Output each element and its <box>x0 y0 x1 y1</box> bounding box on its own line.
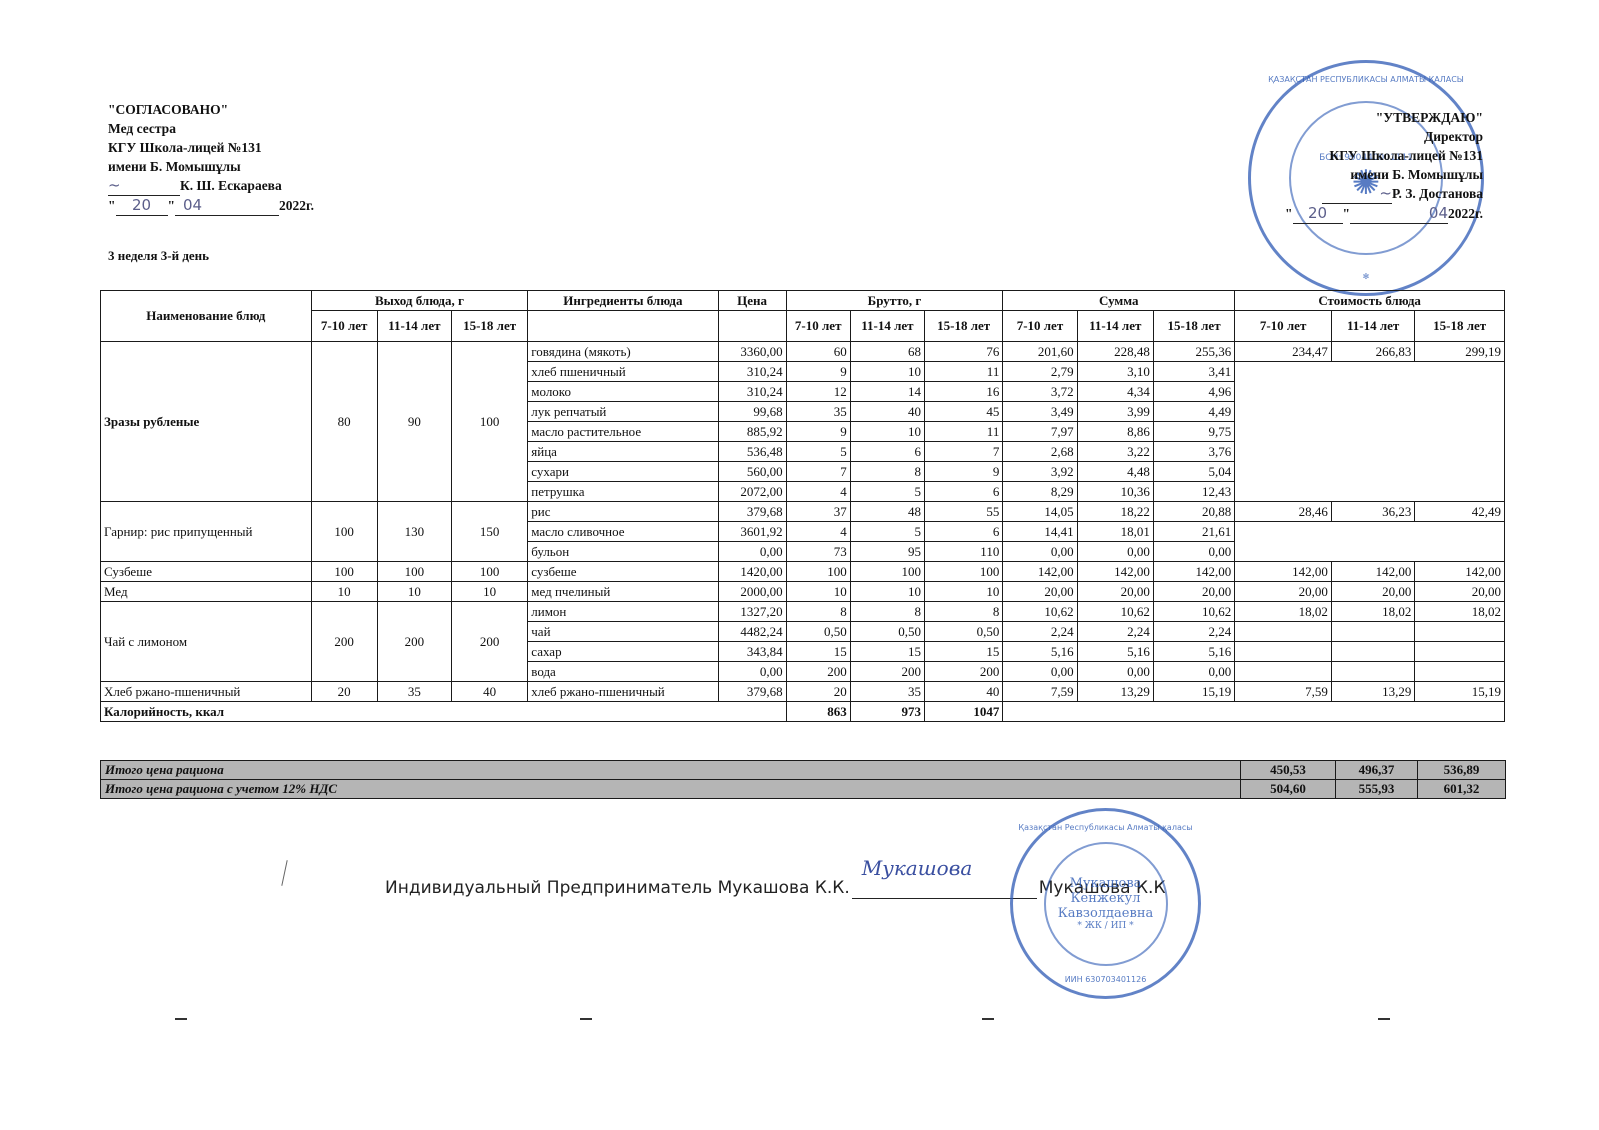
ingredient-price: 3360,00 <box>718 342 786 362</box>
age-header: 7-10 лет <box>1235 311 1332 342</box>
sum-value: 14,05 <box>1003 502 1077 522</box>
total-vat-label: Итого цена рациона с учетом 12% НДС <box>101 780 1241 799</box>
dish-cost-empty <box>1235 362 1505 502</box>
age-header: 15-18 лет <box>451 311 527 342</box>
sum-value: 15,19 <box>1153 682 1234 702</box>
brutto-value: 10 <box>924 582 1002 602</box>
dish-cost: 266,83 <box>1331 342 1414 362</box>
header-blank <box>528 311 718 342</box>
sum-value: 3,76 <box>1153 442 1234 462</box>
signature-field: Мукашова <box>852 878 1037 899</box>
brutto-value: 100 <box>850 562 924 582</box>
dish-cost: 18,02 <box>1235 602 1332 622</box>
brutto-value: 7 <box>924 442 1002 462</box>
stamp-ring-bottom: ✻ <box>1251 272 1481 281</box>
sum-value: 2,24 <box>1153 622 1234 642</box>
ingredient-name: сухари <box>528 462 718 482</box>
sum-value: 5,16 <box>1003 642 1077 662</box>
footer-prefix: Индивидуальный Предприниматель Мукашова … <box>385 878 850 898</box>
brutto-value: 5 <box>850 482 924 502</box>
dish-cost-empty <box>1235 642 1332 662</box>
dish-name: Зразы рубленые <box>101 342 312 502</box>
sum-value: 3,49 <box>1003 402 1077 422</box>
ingredient-price: 560,00 <box>718 462 786 482</box>
brutto-value: 8 <box>850 602 924 622</box>
ingredient-name: лук репчатый <box>528 402 718 422</box>
dish-cost-empty <box>1331 642 1414 662</box>
table-row: Чай с лимоном200200200лимон1327,2088810,… <box>101 602 1505 622</box>
ingredient-name: молоко <box>528 382 718 402</box>
approved-signer: Р. З. Достанова <box>1392 186 1483 201</box>
week-day-label: 3 неделя 3-й день <box>108 248 209 264</box>
ingredient-name: бульон <box>528 542 718 562</box>
sum-value: 0,00 <box>1077 662 1153 682</box>
brutto-value: 4 <box>786 522 850 542</box>
dish-name: Сузбеше <box>101 562 312 582</box>
sum-value: 0,00 <box>1077 542 1153 562</box>
yield-value: 100 <box>451 342 527 502</box>
sum-value: 7,97 <box>1003 422 1077 442</box>
pen-mark <box>281 860 287 886</box>
brutto-value: 8 <box>924 602 1002 622</box>
brutto-value: 8 <box>850 462 924 482</box>
brutto-value: 40 <box>850 402 924 422</box>
brutto-value: 0,50 <box>786 622 850 642</box>
sum-value: 14,41 <box>1003 522 1077 542</box>
ingredient-price: 99,68 <box>718 402 786 422</box>
sum-value: 12,43 <box>1153 482 1234 502</box>
dish-cost: 20,00 <box>1235 582 1332 602</box>
total-value: 536,89 <box>1418 761 1506 780</box>
ingredient-name: мед пчелиный <box>528 582 718 602</box>
sum-value: 3,10 <box>1077 362 1153 382</box>
brutto-value: 14 <box>850 382 924 402</box>
ingredient-price: 3601,92 <box>718 522 786 542</box>
sum-value: 2,79 <box>1003 362 1077 382</box>
stamp-ring-text: Қазақстан Республикасы Алматы қаласы <box>1013 823 1198 832</box>
header-row-1: Наименование блюд Выход блюда, г Ингреди… <box>101 291 1505 311</box>
brutto-value: 45 <box>924 402 1002 422</box>
approved-title: "УТВЕРЖДАЮ" <box>1285 108 1483 127</box>
handwritten-signature: Мукашова <box>862 856 973 880</box>
yield-value: 100 <box>311 502 377 562</box>
brutto-value: 100 <box>924 562 1002 582</box>
age-header: 15-18 лет <box>924 311 1002 342</box>
age-header: 11-14 лет <box>377 311 451 342</box>
agreed-title: "СОГЛАСОВАНО" <box>108 100 314 119</box>
sum-value: 5,16 <box>1077 642 1153 662</box>
scan-mark <box>175 1018 187 1020</box>
brutto-value: 35 <box>786 402 850 422</box>
header-dish: Наименование блюд <box>101 291 312 342</box>
brutto-value: 68 <box>850 342 924 362</box>
scan-mark <box>1378 1018 1390 1020</box>
brutto-value: 200 <box>850 662 924 682</box>
agreed-role: Мед сестра <box>108 119 314 138</box>
brutto-value: 60 <box>786 342 850 362</box>
sum-value: 2,24 <box>1003 622 1077 642</box>
brutto-value: 11 <box>924 362 1002 382</box>
brutto-value: 76 <box>924 342 1002 362</box>
ingredient-name: лимон <box>528 602 718 622</box>
total-vat-value: 601,32 <box>1418 780 1506 799</box>
sum-value: 18,01 <box>1077 522 1153 542</box>
ingredient-name: масло сливочное <box>528 522 718 542</box>
ingredient-price: 343,84 <box>718 642 786 662</box>
brutto-value: 110 <box>924 542 1002 562</box>
header-price: Цена <box>718 291 786 311</box>
brutto-value: 15 <box>850 642 924 662</box>
brutto-value: 4 <box>786 482 850 502</box>
approved-signature-line: ~Р. З. Достанова <box>1285 184 1483 204</box>
ingredient-name: сузбеше <box>528 562 718 582</box>
calories-row: Калорийность, ккал8639731047 <box>101 702 1505 722</box>
table-row: Сузбеше100100100сузбеше1420,001001001001… <box>101 562 1505 582</box>
sum-value: 8,86 <box>1077 422 1153 442</box>
date-month: 04 <box>175 196 279 216</box>
ingredient-name: хлеб пшеничный <box>528 362 718 382</box>
brutto-value: 200 <box>786 662 850 682</box>
ingredient-price: 0,00 <box>718 542 786 562</box>
sum-value: 142,00 <box>1003 562 1077 582</box>
date-year: 2022г. <box>279 198 314 213</box>
header-yield: Выход блюда, г <box>311 291 528 311</box>
sum-value: 5,04 <box>1153 462 1234 482</box>
header-cost: Стоимость блюда <box>1235 291 1505 311</box>
brutto-value: 11 <box>924 422 1002 442</box>
agreed-named: имени Б. Момышұлы <box>108 157 314 176</box>
brutto-value: 9 <box>786 362 850 382</box>
date-year: 2022г. <box>1448 206 1483 221</box>
sum-value: 20,00 <box>1077 582 1153 602</box>
sum-value: 10,36 <box>1077 482 1153 502</box>
sum-value: 5,16 <box>1153 642 1234 662</box>
yield-value: 100 <box>451 562 527 582</box>
brutto-value: 6 <box>850 442 924 462</box>
calories-empty <box>1003 702 1505 722</box>
table-row: Зразы рубленые8090100говядина (мякоть)33… <box>101 342 1505 362</box>
header-brutto: Брутто, г <box>786 291 1003 311</box>
dish-name: Гарнир: рис припущенный <box>101 502 312 562</box>
dish-cost: 42,49 <box>1415 502 1505 522</box>
dish-cost: 13,29 <box>1331 682 1414 702</box>
sum-value: 20,00 <box>1153 582 1234 602</box>
sum-value: 0,00 <box>1153 542 1234 562</box>
sum-value: 10,62 <box>1003 602 1077 622</box>
brutto-value: 5 <box>786 442 850 462</box>
sum-value: 3,22 <box>1077 442 1153 462</box>
handwritten-signature: ~ <box>1379 184 1392 202</box>
dish-cost-empty <box>1415 622 1505 642</box>
header-sum: Сумма <box>1003 291 1235 311</box>
ingredient-name: петрушка <box>528 482 718 502</box>
entrepreneur-stamp: Қазақстан Республикасы Алматы қаласы Мук… <box>1010 808 1201 999</box>
dish-cost-empty <box>1415 662 1505 682</box>
approved-org: КГУ Школа-лицей №131 <box>1285 146 1483 165</box>
yield-value: 100 <box>377 562 451 582</box>
brutto-value: 37 <box>786 502 850 522</box>
signature-field: ~ <box>1322 184 1392 204</box>
brutto-value: 0,50 <box>850 622 924 642</box>
brutto-value: 7 <box>786 462 850 482</box>
sum-value: 9,75 <box>1153 422 1234 442</box>
dish-name: Чай с лимоном <box>101 602 312 682</box>
brutto-value: 12 <box>786 382 850 402</box>
scan-mark <box>982 1018 994 1020</box>
sum-value: 228,48 <box>1077 342 1153 362</box>
brutto-value: 15 <box>786 642 850 662</box>
brutto-value: 73 <box>786 542 850 562</box>
sum-value: 4,49 <box>1153 402 1234 422</box>
date-day: 20 <box>1293 204 1343 224</box>
approved-date: "20"042022г. <box>1285 204 1483 224</box>
dish-cost: 28,46 <box>1235 502 1332 522</box>
sum-value: 13,29 <box>1077 682 1153 702</box>
brutto-value: 16 <box>924 382 1002 402</box>
agreed-org: КГУ Школа-лицей №131 <box>108 138 314 157</box>
brutto-value: 10 <box>850 582 924 602</box>
stamp-name-3: Кавзолдаевна <box>1058 906 1154 921</box>
approved-role: Директор <box>1285 127 1483 146</box>
age-header: 7-10 лет <box>311 311 377 342</box>
total-vat-row: Итого цена рациона с учетом 12% НДС 504,… <box>101 780 1506 799</box>
sum-value: 255,36 <box>1153 342 1234 362</box>
yield-value: 10 <box>311 582 377 602</box>
ingredient-name: сахар <box>528 642 718 662</box>
yield-value: 10 <box>377 582 451 602</box>
ingredient-name: масло растительное <box>528 422 718 442</box>
approved-named: имени Б. Момышұлы <box>1285 165 1483 184</box>
table-row: Мед101010мед пчелиный2000,0010101020,002… <box>101 582 1505 602</box>
ingredient-price: 0,00 <box>718 662 786 682</box>
brutto-value: 10 <box>786 582 850 602</box>
sum-value: 3,41 <box>1153 362 1234 382</box>
sum-value: 142,00 <box>1077 562 1153 582</box>
ingredient-price: 379,68 <box>718 502 786 522</box>
yield-value: 90 <box>377 342 451 502</box>
dish-cost: 299,19 <box>1415 342 1505 362</box>
total-row: Итого цена рациона 450,53 496,37 536,89 <box>101 761 1506 780</box>
stamp-name-2: Кенжекул <box>1070 891 1140 906</box>
brutto-value: 20 <box>786 682 850 702</box>
ingredient-price: 885,92 <box>718 422 786 442</box>
yield-value: 35 <box>377 682 451 702</box>
ingredient-name: рис <box>528 502 718 522</box>
ingredient-price: 536,48 <box>718 442 786 462</box>
yield-value: 40 <box>451 682 527 702</box>
brutto-value: 9 <box>924 462 1002 482</box>
table-row: Хлеб ржано-пшеничный203540хлеб ржано-пше… <box>101 682 1505 702</box>
dish-cost: 20,00 <box>1331 582 1414 602</box>
dish-cost: 36,23 <box>1331 502 1414 522</box>
ingredient-price: 2072,00 <box>718 482 786 502</box>
date-month: 04 <box>1350 204 1448 224</box>
sum-value: 4,96 <box>1153 382 1234 402</box>
yield-value: 200 <box>377 602 451 682</box>
calories-value: 973 <box>850 702 924 722</box>
dish-name: Хлеб ржано-пшеничный <box>101 682 312 702</box>
yield-value: 130 <box>377 502 451 562</box>
menu-body: Зразы рубленые8090100говядина (мякоть)33… <box>101 342 1505 722</box>
brutto-value: 200 <box>924 662 1002 682</box>
dish-cost-empty <box>1331 662 1414 682</box>
ingredient-name: говядина (мякоть) <box>528 342 718 362</box>
yield-value: 100 <box>311 562 377 582</box>
brutto-value: 95 <box>850 542 924 562</box>
age-header: 15-18 лет <box>1153 311 1234 342</box>
brutto-value: 5 <box>850 522 924 542</box>
dish-cost: 15,19 <box>1415 682 1505 702</box>
header-row-2: 7-10 лет 11-14 лет 15-18 лет 7-10 лет 11… <box>101 311 1505 342</box>
brutto-value: 8 <box>786 602 850 622</box>
date-day: 20 <box>116 196 168 216</box>
sum-value: 201,60 <box>1003 342 1077 362</box>
brutto-value: 35 <box>850 682 924 702</box>
sum-value: 10,62 <box>1153 602 1234 622</box>
brutto-value: 10 <box>850 422 924 442</box>
handwritten-signature: ~ <box>108 176 121 194</box>
ingredient-name: хлеб ржано-пшеничный <box>528 682 718 702</box>
dish-cost: 234,47 <box>1235 342 1332 362</box>
yield-value: 10 <box>451 582 527 602</box>
total-vat-value: 555,93 <box>1336 780 1418 799</box>
age-header: 11-14 лет <box>850 311 924 342</box>
age-header: 15-18 лет <box>1415 311 1505 342</box>
stamp-name-1: Мукашова <box>1070 876 1142 891</box>
dish-cost: 142,00 <box>1415 562 1505 582</box>
sum-value: 4,34 <box>1077 382 1153 402</box>
dish-cost: 18,02 <box>1331 602 1414 622</box>
dish-name: Мед <box>101 582 312 602</box>
brutto-value: 48 <box>850 502 924 522</box>
header-ingredients: Ингредиенты блюда <box>528 291 718 311</box>
total-value: 496,37 <box>1336 761 1418 780</box>
header-blank <box>718 311 786 342</box>
signature-field: ~ <box>108 176 180 196</box>
sum-value: 3,92 <box>1003 462 1077 482</box>
agreed-block: "СОГЛАСОВАНО" Мед сестра КГУ Школа-лицей… <box>108 100 314 216</box>
sum-value: 2,24 <box>1077 622 1153 642</box>
dish-cost-empty <box>1235 622 1332 642</box>
ingredient-price: 2000,00 <box>718 582 786 602</box>
ingredient-name: яйца <box>528 442 718 462</box>
agreed-signature-line: ~К. Ш. Ескараева <box>108 176 314 196</box>
age-header: 7-10 лет <box>1003 311 1077 342</box>
calories-label: Калорийность, ккал <box>101 702 787 722</box>
dish-cost-empty <box>1235 662 1332 682</box>
total-value: 450,53 <box>1241 761 1336 780</box>
dish-cost: 18,02 <box>1415 602 1505 622</box>
ingredient-price: 1420,00 <box>718 562 786 582</box>
approved-block: "УТВЕРЖДАЮ" Директор КГУ Школа-лицей №13… <box>1285 108 1483 224</box>
ingredient-price: 310,24 <box>718 382 786 402</box>
dish-cost: 142,00 <box>1331 562 1414 582</box>
age-header: 11-14 лет <box>1331 311 1414 342</box>
total-vat-value: 504,60 <box>1241 780 1336 799</box>
sum-value: 18,22 <box>1077 502 1153 522</box>
sum-value: 21,61 <box>1153 522 1234 542</box>
brutto-value: 6 <box>924 522 1002 542</box>
yield-value: 20 <box>311 682 377 702</box>
sum-value: 8,29 <box>1003 482 1077 502</box>
sum-value: 142,00 <box>1153 562 1234 582</box>
calories-value: 1047 <box>924 702 1002 722</box>
dish-cost-empty <box>1235 522 1505 562</box>
yield-value: 200 <box>311 602 377 682</box>
yield-value: 150 <box>451 502 527 562</box>
menu-table: Наименование блюд Выход блюда, г Ингреди… <box>100 290 1505 722</box>
agreed-signer: К. Ш. Ескараева <box>180 178 282 193</box>
dish-cost: 20,00 <box>1415 582 1505 602</box>
ingredient-price: 4482,24 <box>718 622 786 642</box>
brutto-value: 0,50 <box>924 622 1002 642</box>
sum-value: 0,00 <box>1003 542 1077 562</box>
brutto-value: 9 <box>786 422 850 442</box>
brutto-value: 55 <box>924 502 1002 522</box>
ingredient-name: чай <box>528 622 718 642</box>
stamp-ring-text: ҚАЗАҚСТАН РЕСПУБЛИКАСЫ АЛМАТЫ ҚАЛАСЫ <box>1251 75 1481 84</box>
stamp-iin: ИИН 630703401126 <box>1013 975 1198 984</box>
ingredient-name: вода <box>528 662 718 682</box>
sum-value: 2,68 <box>1003 442 1077 462</box>
brutto-value: 6 <box>924 482 1002 502</box>
dish-cost: 7,59 <box>1235 682 1332 702</box>
yield-value: 200 <box>451 602 527 682</box>
age-header: 7-10 лет <box>786 311 850 342</box>
sum-value: 0,00 <box>1153 662 1234 682</box>
totals-table: Итого цена рациона 450,53 496,37 536,89 … <box>100 760 1506 799</box>
sum-value: 20,88 <box>1153 502 1234 522</box>
brutto-value: 40 <box>924 682 1002 702</box>
dish-cost: 142,00 <box>1235 562 1332 582</box>
ingredient-price: 1327,20 <box>718 602 786 622</box>
dish-cost-empty <box>1331 622 1414 642</box>
yield-value: 80 <box>311 342 377 502</box>
stamp-type: * ЖК / ИП * <box>1077 921 1133 931</box>
brutto-value: 10 <box>850 362 924 382</box>
agreed-date: "20"042022г. <box>108 196 314 216</box>
brutto-value: 100 <box>786 562 850 582</box>
sum-value: 20,00 <box>1003 582 1077 602</box>
sum-value: 3,99 <box>1077 402 1153 422</box>
scan-mark <box>580 1018 592 1020</box>
dish-cost-empty <box>1415 642 1505 662</box>
total-label: Итого цена рациона <box>101 761 1241 780</box>
brutto-value: 15 <box>924 642 1002 662</box>
sum-value: 10,62 <box>1077 602 1153 622</box>
calories-value: 863 <box>786 702 850 722</box>
ingredient-price: 379,68 <box>718 682 786 702</box>
age-header: 11-14 лет <box>1077 311 1153 342</box>
sum-value: 7,59 <box>1003 682 1077 702</box>
sum-value: 4,48 <box>1077 462 1153 482</box>
ingredient-price: 310,24 <box>718 362 786 382</box>
sum-value: 0,00 <box>1003 662 1077 682</box>
table-row: Гарнир: рис припущенный100130150рис379,6… <box>101 502 1505 522</box>
sum-value: 3,72 <box>1003 382 1077 402</box>
